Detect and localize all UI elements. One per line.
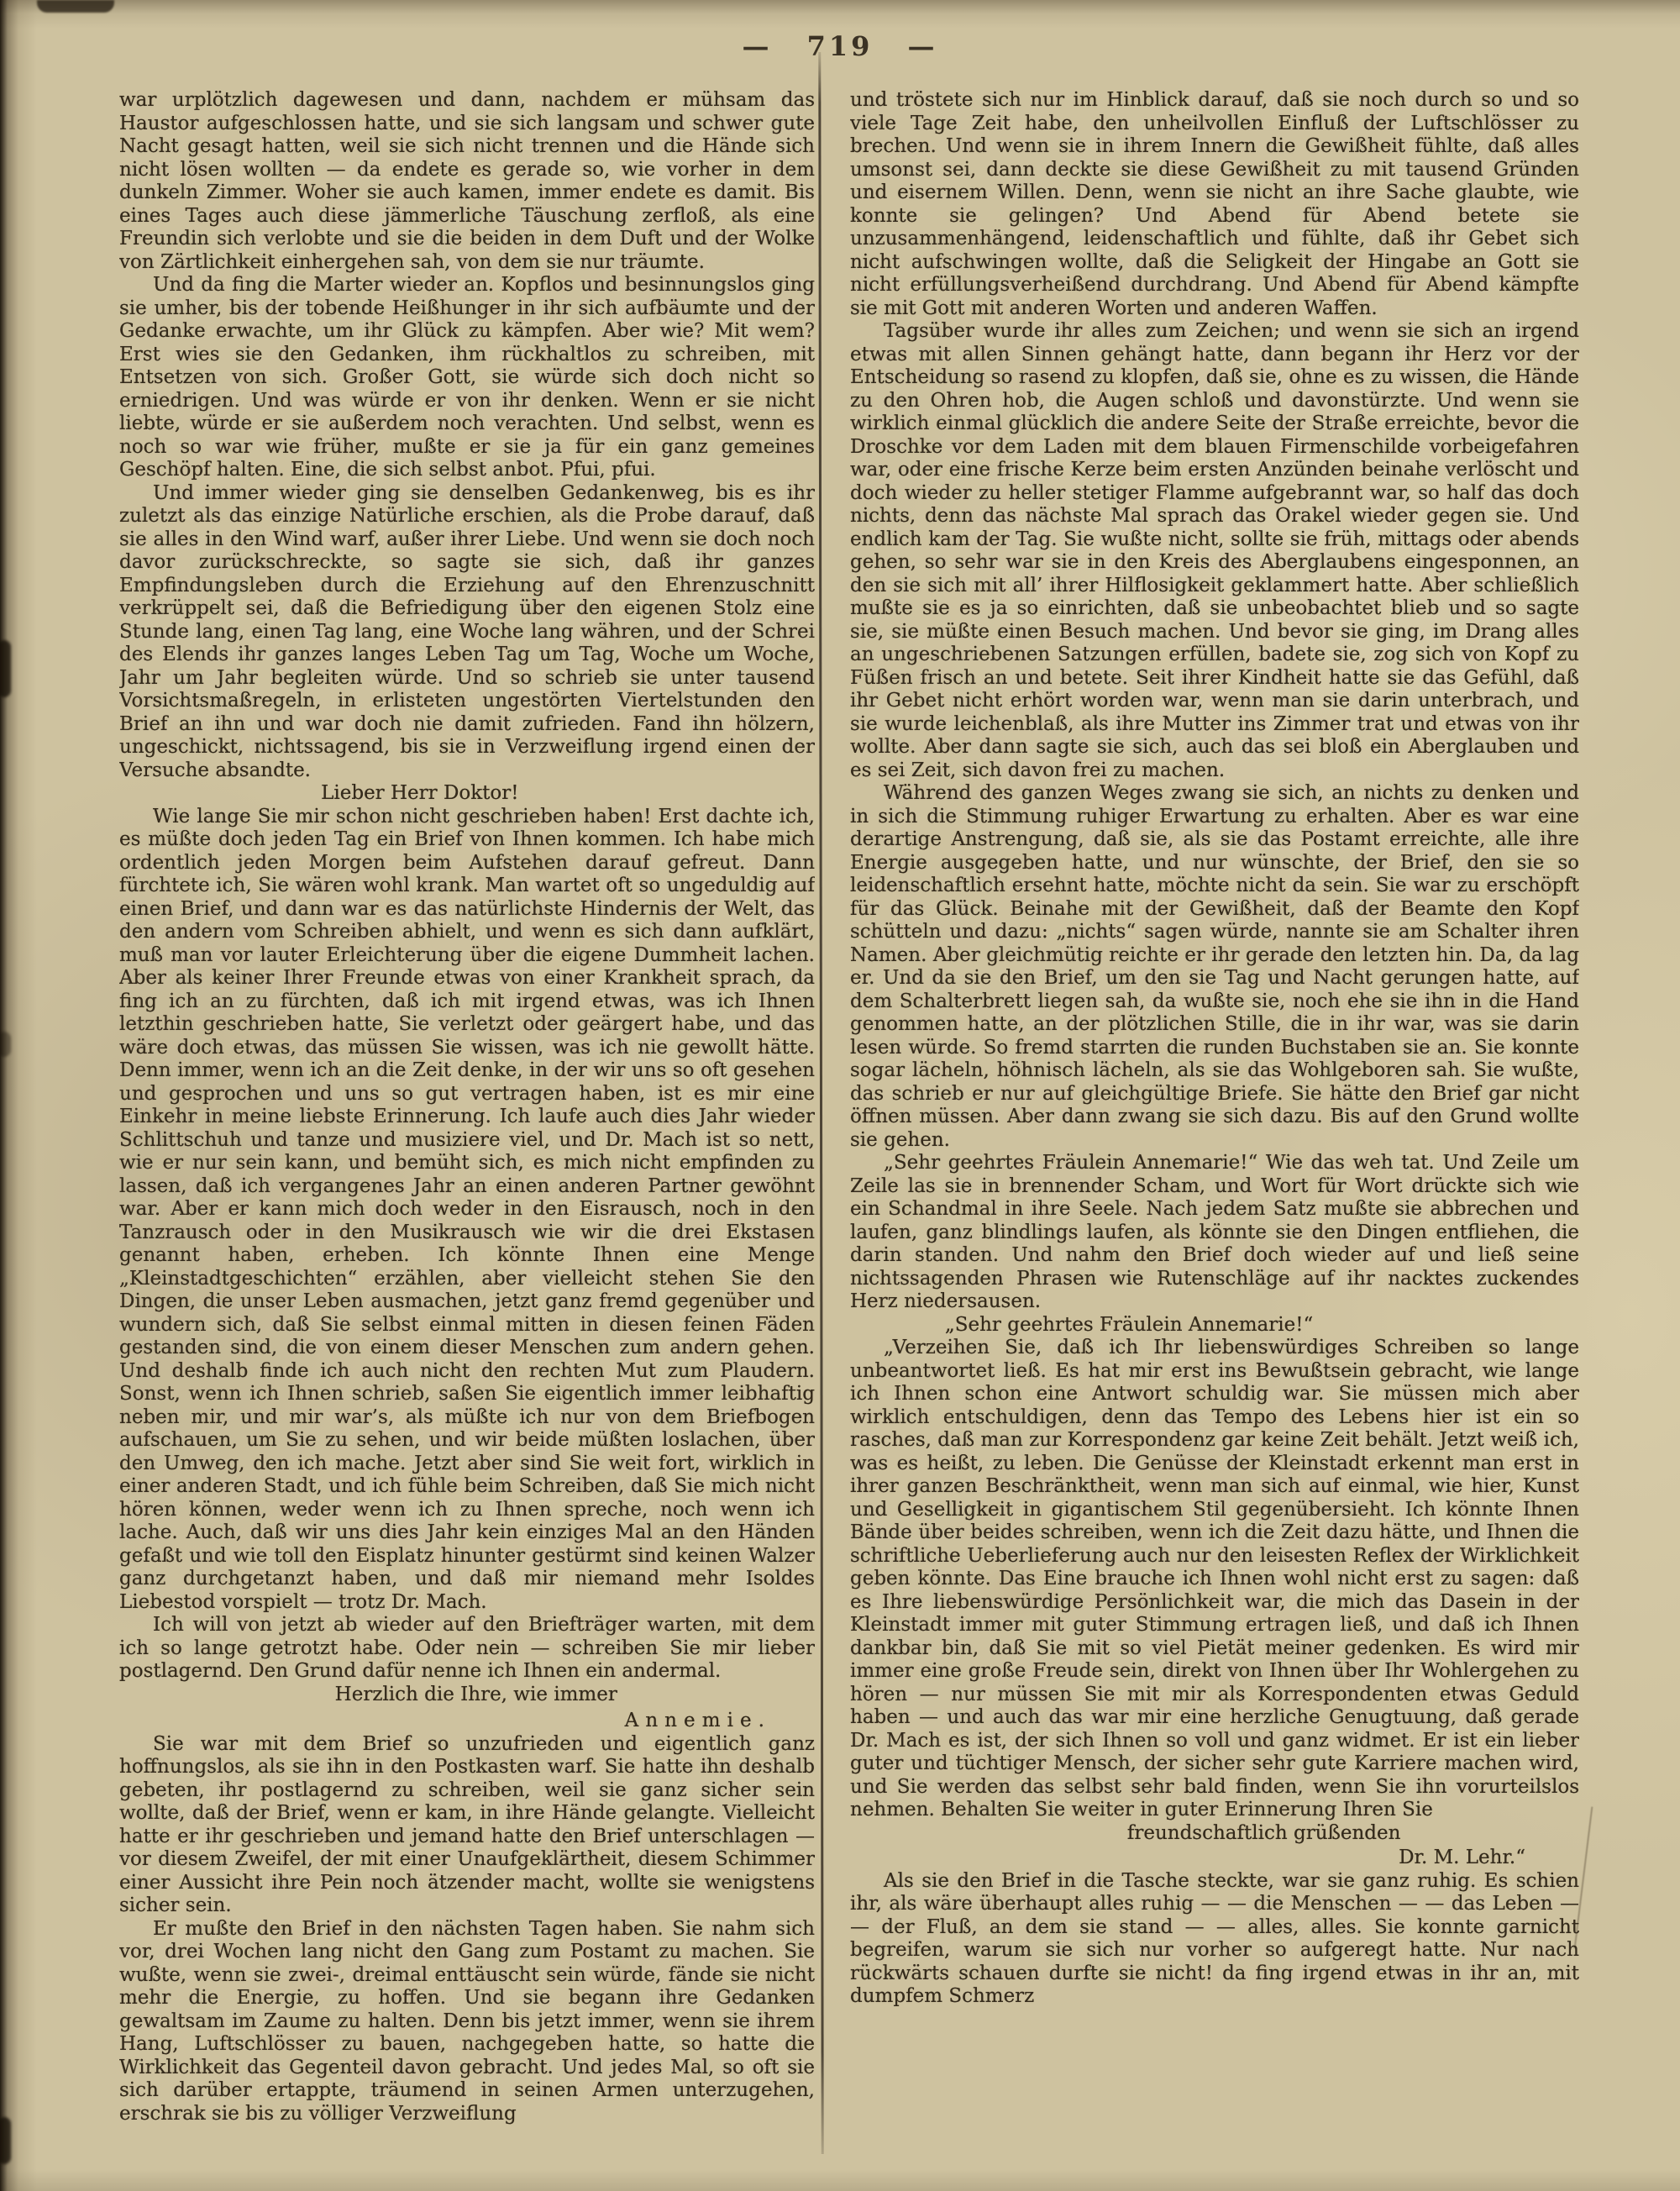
letter-closing-line: Herzlich die Ihre, wie immer [335,1684,815,1707]
letter-body-paragraph: Wie lange Sie mir schon nicht geschriebe… [119,806,815,1615]
scan-edge-mark [0,1032,11,1057]
letter-signature: Dr. M. Lehr.“ [850,1847,1579,1870]
letter-body-paragraph: Ich will von jetzt ab wieder auf den Bri… [119,1614,815,1684]
paragraph: Als sie den Brief in die Tasche steckte,… [850,1870,1579,2009]
paragraph: Und da fing die Marter wieder an. Kopflo… [119,274,815,482]
scan-edge-notch [37,0,114,13]
paragraph: Sie war mit dem Brief so unzufrieden und… [119,1733,815,1918]
letter-closing-line: freundschaftlich grüßenden [1127,1822,1579,1846]
letter-salutation: Lieber Herr Doktor! [321,782,815,806]
paragraph: Er mußte den Brief in den nächsten Tagen… [119,1918,815,2126]
column-divider-rule [818,52,823,2154]
letter-salutation: „Sehr geehrtes Fräulein Annemarie!“ [945,1314,1579,1337]
paragraph: „Sehr geehrtes Fräulein Annemarie!“ Wie … [850,1152,1579,1314]
letter-body-paragraph: „Verzeihen Sie, daß ich Ihr liebenswürdi… [850,1337,1579,1822]
scan-edge-mark [0,640,11,697]
paragraph: Und immer wieder ging sie denselben Geda… [119,482,815,783]
scanned-book-page: — 719 — war urplötzlich dagewesen und da… [0,0,1680,2191]
right-text-column: und tröstete sich nur im Hinblick darauf… [850,89,1579,2188]
page-number-header: — 719 — [0,30,1680,62]
left-text-column: war urplötzlich dagewesen und dann, nach… [119,89,815,2188]
paragraph: Während des ganzen Weges zwang sie sich,… [850,782,1579,1152]
letter-signature: Annemie. [119,1710,815,1733]
scan-edge-mark [0,2117,11,2164]
paragraph: und tröstete sich nur im Hinblick darauf… [850,89,1579,320]
paragraph: Tagsüber wurde ihr alles zum Zeichen; un… [850,320,1579,782]
paragraph: war urplötzlich dagewesen und dann, nach… [119,89,815,274]
